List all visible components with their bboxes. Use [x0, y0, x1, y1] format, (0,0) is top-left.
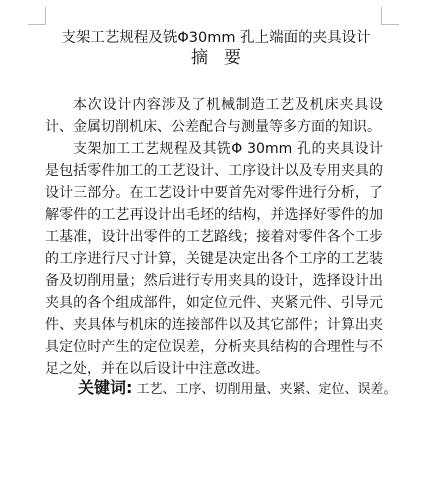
keywords-values: 工艺、工序、切削用量、夹紧、定位、误差。	[132, 382, 396, 397]
page-corner-mark-top-left	[28, 7, 46, 25]
abstract-paragraph-2: 支架加工工艺规程及其铣Φ 30mm 孔的夹具设计是包括零件加工的工艺设计、工序设…	[45, 138, 383, 380]
abstract-heading-char-1: 摘	[191, 48, 208, 68]
keywords-label: 关键词:	[78, 378, 132, 397]
abstract-paragraph-1: 本次设计内容涉及了机械制造工艺及机床夹具设计、金属切削机床、公差配合与测量等多方…	[45, 94, 383, 138]
abstract-heading: 摘要	[0, 48, 432, 68]
abstract-body: 本次设计内容涉及了机械制造工艺及机床夹具设计、金属切削机床、公差配合与测量等多方…	[45, 94, 383, 380]
abstract-heading-char-2: 要	[224, 48, 241, 68]
keywords-line: 关键词: 工艺、工序、切削用量、夹紧、定位、误差。	[78, 378, 397, 400]
page-corner-mark-top-right	[381, 7, 399, 25]
document-title: 支架工艺规程及铣Φ30mm 孔上端面的夹具设计	[0, 30, 432, 47]
